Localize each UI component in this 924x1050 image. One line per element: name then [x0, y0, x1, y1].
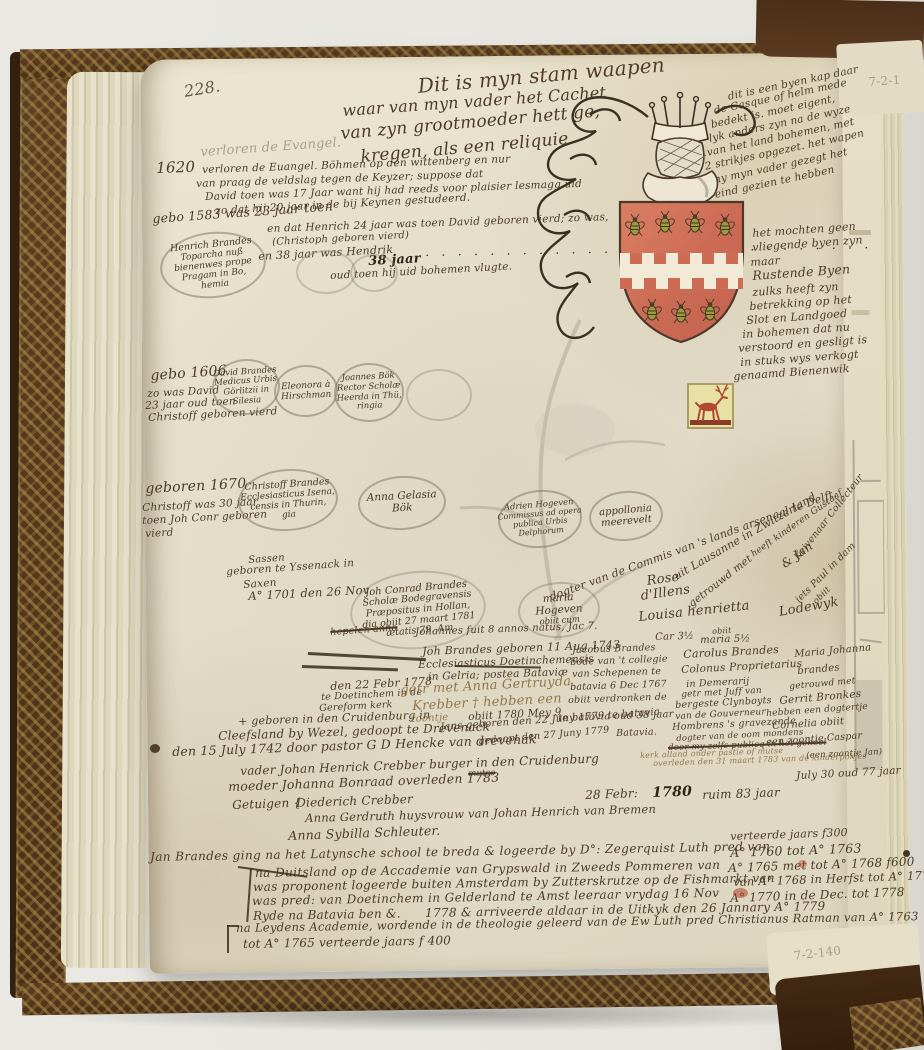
left-page-stack-edges [61, 72, 153, 969]
ink-blot [150, 744, 160, 753]
entry-1620-year: 1620 [156, 160, 195, 176]
ink-bleed-smudge [852, 310, 870, 315]
book-shadow [30, 1002, 880, 1032]
ink-blot [903, 850, 910, 857]
inventory-mark-top-right: 7-2-1 [868, 74, 901, 88]
crebber-ruim: ruim 83 jaar [702, 786, 780, 801]
crebber-febr: 28 Febr: [585, 787, 638, 801]
crebber-bold-year: 1780 [652, 785, 692, 800]
shield [620, 202, 743, 342]
sketch-stroke [857, 500, 886, 614]
crebber-getuigen: Getuigen { [232, 797, 301, 811]
oval-text: hemia [201, 279, 230, 292]
oval-text: Hirschman [281, 390, 332, 403]
entry-1670-line: vierd [145, 528, 174, 540]
oval-text: ringia [357, 401, 383, 412]
stag-stamp [687, 383, 734, 429]
oval-text: gia [282, 510, 297, 521]
oval-text: Silesia [232, 396, 261, 407]
pencil-oval-empty [296, 250, 356, 294]
red-wax-smudge [798, 860, 807, 868]
crown [650, 92, 711, 143]
photograph-of-manuscript: { "meta": { "page_number": "228.", "corn… [0, 0, 924, 1050]
coat-of-arms [530, 85, 780, 375]
red-wax-smudge [733, 888, 748, 898]
jacobus-line: Batavia. [616, 728, 657, 739]
biography-line: tot A° 1765 verteerde jaars f 400 [243, 934, 451, 950]
beehive-casque [643, 138, 718, 205]
ink-bracket-line [227, 925, 229, 953]
